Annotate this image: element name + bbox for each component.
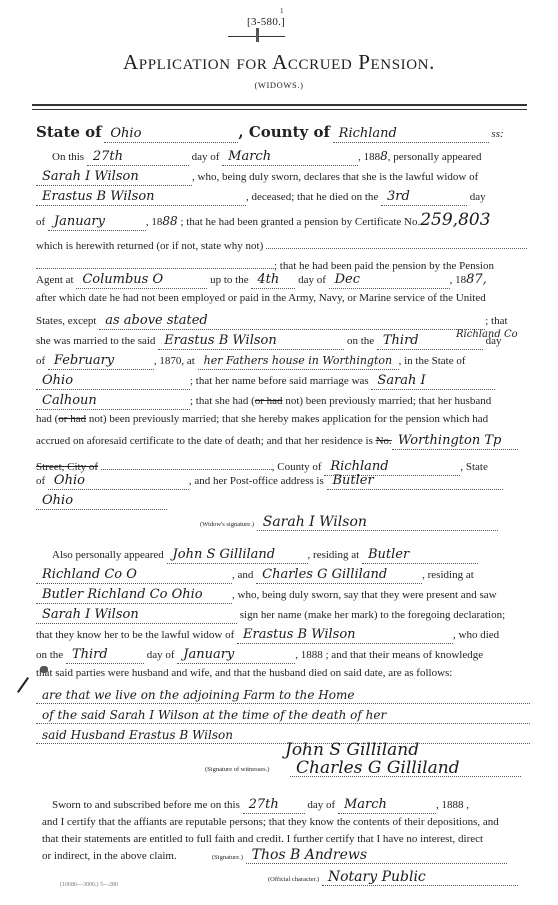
document-subtitle: (WIDOWS.) (0, 80, 558, 90)
husband-name-field[interactable]: Erastus B Wilson (36, 189, 246, 206)
witness2-signature-line: Charles G Gilliland (290, 760, 530, 780)
label: ; that he had been granted a pension by … (180, 216, 420, 228)
paid-month-field[interactable]: Dec (329, 272, 450, 289)
label: , at (181, 355, 194, 367)
label: that said parties were husband and wife,… (36, 667, 452, 679)
witness2-name-field[interactable]: Charles G Gilliland (256, 567, 422, 584)
official-character-line: (Official character.) Notary Public (268, 869, 533, 889)
form-number-superscript: 1 (280, 7, 284, 15)
declaration-line-6: ; that he had been paid the pension by t… (36, 252, 531, 272)
declaration-line-2: Sarah I Wilson, who, being duly sworn, d… (36, 169, 531, 189)
statement-field[interactable]: said Husband Erastus B Wilson (36, 727, 530, 744)
husband-name-field-2[interactable]: Erastus B Wilson (237, 627, 453, 644)
except-field[interactable]: as above stated (99, 313, 485, 330)
venue-line: State of Ohio, County of Richland ss: (36, 123, 531, 143)
declaration-line-11: of February, 1870, at her Fathers house … (36, 353, 531, 373)
label: , and her Post-office address is (189, 475, 324, 487)
margin-mark (17, 677, 29, 693)
maiden-surname-field[interactable]: Calhoun (36, 393, 190, 410)
binding-mark (256, 28, 259, 42)
divider (32, 104, 527, 106)
witness-line-1: Also personally appeared John S Gillilan… (52, 547, 531, 567)
witness-signature-label: (Signature of witnesses.) (205, 766, 269, 773)
label: , who died (453, 629, 499, 641)
label: up to the (210, 274, 249, 286)
signature-label: (Signature.) (212, 854, 243, 861)
witness-line-4: Sarah I Wilson sign her name (make her m… (36, 607, 531, 627)
label: Also personally appeared (52, 549, 164, 561)
label: , County of (272, 461, 322, 473)
death-day-field[interactable]: 3rd (381, 189, 467, 206)
day-field[interactable]: 27th (87, 149, 189, 166)
certificate-number-field[interactable]: 259,803 (420, 210, 490, 230)
declaration-line-8: after which date he had not been employe… (36, 292, 531, 312)
label: on the (347, 335, 374, 347)
jurat-day-field[interactable]: 27th (243, 797, 305, 814)
declaration-line-3: Erastus B Wilson, deceased; that he died… (36, 189, 531, 209)
death-month-field[interactable]: January (48, 214, 146, 231)
label: States, except (36, 315, 96, 327)
label: day of (192, 151, 220, 163)
jurat-line-1: Sworn to and subscribed before me on thi… (52, 797, 531, 817)
ink-blot (40, 666, 48, 673)
witness-line-2: Richland Co O, and Charles G Gilliland, … (36, 567, 531, 587)
paid-day-field[interactable]: 4th (251, 272, 295, 289)
label: and I certify that the affiants are repu… (42, 816, 499, 828)
declaration-line-15: accrued on aforesaid certificate to the … (36, 433, 531, 453)
county-field[interactable]: Richland (333, 126, 489, 143)
death-year-field[interactable]: 88 (162, 214, 177, 228)
returned-reason-continued[interactable] (36, 252, 274, 269)
declaration-line-12: Ohio; that her name before said marriage… (36, 373, 531, 393)
label: , 1888 , (436, 799, 469, 811)
post-office-state-field[interactable]: Ohio (36, 493, 167, 510)
married-place-field[interactable]: her Fathers house in Worthington (198, 353, 399, 370)
label: day of (298, 274, 326, 286)
widow-signature[interactable]: Sarah I Wilson (257, 514, 498, 531)
residence-state-field[interactable]: Ohio (48, 473, 189, 490)
label: ; and that their means of knowledge (326, 649, 484, 661)
notary-signature[interactable]: Thos B Andrews (246, 847, 507, 864)
post-office-field[interactable]: Butler (327, 473, 503, 490)
married-state-field[interactable]: Ohio (36, 373, 190, 390)
label: , 1888 (295, 649, 323, 661)
official-character-field[interactable]: Notary Public (322, 869, 518, 886)
marriage-place-annotation: Richland Co (456, 329, 518, 340)
label: which is herewith returned (or if not, s… (36, 240, 263, 252)
widow-name-field[interactable]: Sarah I Wilson (36, 169, 192, 186)
struck-text: or had (255, 395, 283, 407)
label: ; that her name before said marriage was (190, 375, 369, 387)
label: that they know her to be the lawful wido… (36, 629, 234, 641)
form-number: [3-580.] (247, 16, 285, 28)
struck-text: No. (376, 435, 392, 447)
declaration-line-18: Ohio (36, 493, 531, 513)
returned-reason-field[interactable] (266, 232, 527, 249)
year-field[interactable]: 8 (380, 149, 388, 163)
declaration-line-4: of January, 1888 ; that he had been gran… (36, 210, 531, 230)
county-label: , County of (238, 123, 330, 141)
label: , who, being duly sworn, declares that s… (192, 171, 478, 183)
paid-year-field[interactable]: 87, (466, 272, 487, 287)
maiden-name-field[interactable]: Sarah I (371, 373, 495, 390)
label: On this (52, 151, 84, 163)
statement-field[interactable]: of the said Sarah I Wilson at the time o… (36, 707, 530, 724)
married-month-field[interactable]: February (48, 353, 154, 370)
label: sign her name (make her mark) to the for… (240, 609, 505, 621)
declaration-line-17: of Ohio, and her Post-office address is … (36, 473, 531, 493)
label: of (36, 355, 45, 367)
witness-line-6: on the Third day of January, 1888 ; and … (36, 647, 531, 667)
declaration-line-5: which is herewith returned (or if not, s… (36, 232, 531, 252)
witness2-signature[interactable]: Charles G Gilliland (290, 760, 521, 777)
statement-field[interactable]: are that we live on the adjoining Farm t… (36, 687, 530, 704)
label: she was married to the said (36, 335, 155, 347)
witness-line-5: that they know her to be the lawful wido… (36, 627, 531, 647)
witness1-name-field[interactable]: John S Gilliland (167, 547, 308, 564)
label: on the (36, 649, 63, 661)
label: ; that (485, 315, 507, 327)
struck-text: Street, City of (36, 461, 98, 473)
declaration-line-7: Agent at Columbus O up to the 4th day of… (36, 272, 531, 292)
label: , 18 (146, 216, 163, 228)
statement-line: are that we live on the adjoining Farm t… (36, 687, 531, 707)
label: Agent at (36, 274, 74, 286)
notary-signature-line: (Signature.) Thos B Andrews (212, 847, 532, 867)
divider (32, 109, 527, 110)
city-field[interactable] (101, 453, 272, 470)
witness1-signature[interactable]: John S Gilliland (285, 740, 419, 760)
declaration-line-13: Calhoun; that she had (or had not) been … (36, 393, 531, 413)
label: , and (232, 569, 253, 581)
widow-signature-line: (Widow's signature.) Sarah I Wilson (200, 514, 530, 534)
label: of (36, 216, 45, 228)
label: , 1870 (154, 355, 182, 367)
label: had ( (36, 413, 58, 425)
label: or indirect, in the above claim. (42, 850, 177, 862)
label: , 188 (358, 151, 380, 163)
document-title: Application for Accrued Pension. (0, 50, 558, 75)
label: , residing at (308, 549, 360, 561)
declaration-line-1: On this 27th day of March, 1888, persona… (52, 149, 531, 169)
label: , 18 (450, 274, 467, 286)
jurat-month-field[interactable]: March (338, 797, 436, 814)
label: accrued on aforesaid certificate to the … (36, 435, 373, 447)
label: not) been previously married; that she h… (86, 413, 488, 425)
label: , who, being duly sworn, say that they w… (232, 589, 497, 601)
label: after which date he had not been employe… (36, 292, 486, 304)
signer-name-field[interactable]: Sarah I Wilson (36, 607, 237, 624)
declaration-line-14: had (or had not) been previously married… (36, 413, 531, 433)
witness2-residence-field[interactable]: Butler Richland Co Ohio (36, 587, 232, 604)
label: day of (147, 649, 175, 661)
label: , State (460, 461, 488, 473)
statement-line: of the said Sarah I Wilson at the time o… (36, 707, 531, 727)
month-field[interactable]: March (222, 149, 358, 166)
died-month-field[interactable]: January (177, 647, 295, 664)
struck-text: or had (58, 413, 86, 425)
state-label: State of (36, 123, 102, 141)
label: ; that she had ( (190, 395, 255, 407)
died-day-field[interactable]: Third (66, 647, 144, 664)
label: , in the State of (399, 355, 466, 367)
label: Sworn to and subscribed before me on thi… (52, 799, 240, 811)
label: day (470, 191, 486, 203)
label: of (36, 475, 45, 487)
witness-line-3: Butler Richland Co Ohio, who, being duly… (36, 587, 531, 607)
label: , residing at (422, 569, 474, 581)
label: that their statements are entitled to fu… (42, 833, 483, 845)
label: , deceased; that he died on the (246, 191, 378, 203)
label: day of (307, 799, 335, 811)
witness1-residence-continued[interactable]: Richland Co O (36, 567, 232, 584)
official-character-label: (Official character.) (268, 876, 319, 883)
pension-agent-field[interactable]: Columbus O (76, 272, 207, 289)
ss-label: ss: (491, 128, 503, 140)
print-code: (10686—3000.) 5—280 (60, 882, 118, 888)
witness1-residence-field[interactable]: Butler (362, 547, 478, 564)
married-to-field[interactable]: Erastus B Wilson (158, 333, 344, 350)
label: not) been previously married; that her h… (283, 395, 492, 407)
witness-line-7: that said parties were husband and wife,… (36, 667, 531, 687)
label: , personally appeared (388, 151, 482, 163)
statement-line: said Husband Erastus B Wilson (36, 727, 531, 747)
label: ; that he had been paid the pension by t… (274, 260, 494, 272)
declaration-line-16: Street, City of , County of Richland, St… (36, 453, 531, 473)
state-field[interactable]: Ohio (104, 126, 238, 143)
signature-label: (Widow's signature.) (200, 521, 254, 528)
residence-field[interactable]: Worthington Tp (392, 433, 518, 450)
